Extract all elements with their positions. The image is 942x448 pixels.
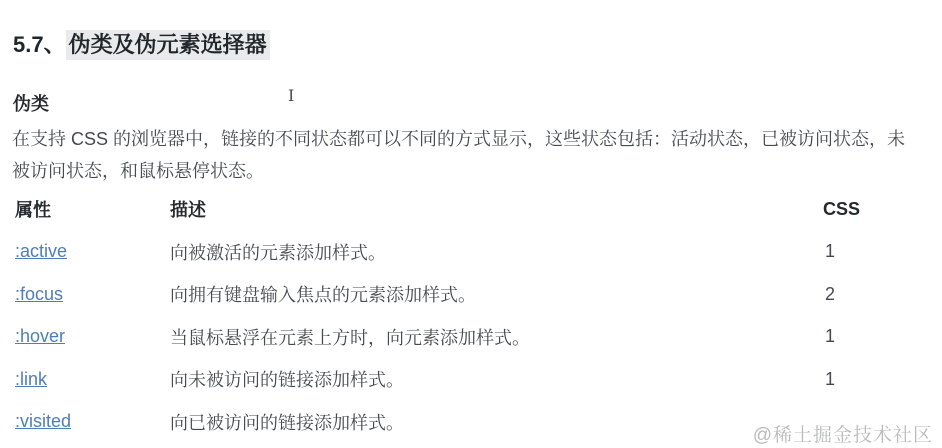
- document-page: 5.7、伪类及伪元素选择器 伪类 在支持 CSS 的浏览器中，链接的不同状态都可…: [0, 0, 942, 448]
- column-header-css: CSS: [823, 199, 930, 220]
- description-cell: 向拥有键盘输入焦点的元素添加样式。: [170, 281, 823, 307]
- description-cell: 向被激活的元素添加样式。: [170, 239, 823, 265]
- section-number: 5.7、: [13, 32, 66, 57]
- section-heading-highlight: 伪类及伪元素选择器: [66, 30, 270, 60]
- table-row-cell: :active: [15, 241, 170, 262]
- section-heading: 5.7、伪类及伪元素选择器: [13, 31, 270, 58]
- css-version-cell: 1: [823, 369, 930, 390]
- description-cell: 向已被访问的链接添加样式。: [170, 409, 823, 435]
- css-version-cell: 2: [823, 284, 930, 305]
- table-row-cell: :focus: [15, 284, 170, 305]
- link-link[interactable]: :link: [15, 369, 47, 389]
- table-row-cell: :visited: [15, 411, 170, 432]
- description-cell: 向未被访问的链接添加样式。: [170, 366, 823, 392]
- table-row-cell: :hover: [15, 326, 170, 347]
- description-cell: 当鼠标悬浮在元素上方时，向元素添加样式。: [170, 324, 823, 350]
- link-focus[interactable]: :focus: [15, 284, 63, 304]
- css-version-cell: 1: [823, 241, 930, 262]
- link-hover[interactable]: :hover: [15, 326, 65, 346]
- column-header-description: 描述: [170, 196, 823, 222]
- intro-paragraph: 在支持 CSS 的浏览器中，链接的不同状态都可以不同的方式显示，这些状态包括：活…: [12, 123, 912, 187]
- css-version-cell: 1: [823, 326, 930, 347]
- column-header-attribute: 属性: [15, 196, 170, 222]
- link-visited[interactable]: :visited: [15, 411, 71, 431]
- text-cursor-icon: I: [288, 86, 294, 105]
- watermark: @稀土掘金技术社区: [753, 420, 933, 447]
- table-row-cell: :link: [15, 369, 170, 390]
- link-active[interactable]: :active: [15, 241, 67, 261]
- pseudo-class-subheading: 伪类: [13, 90, 49, 116]
- pseudo-class-table: 属性 描述 CSS :active 向被激活的元素添加样式。 1 :focus …: [15, 188, 930, 443]
